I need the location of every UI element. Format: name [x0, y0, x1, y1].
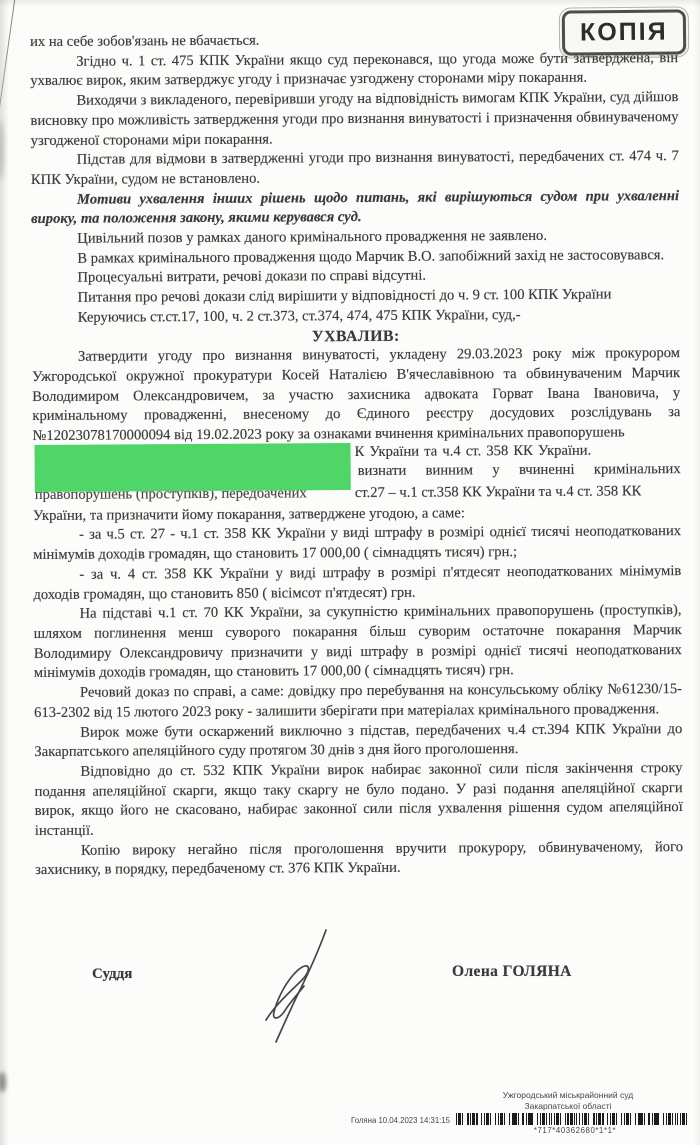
word: кримінальних [594, 460, 681, 480]
paragraph-final-punishment: На підставі ч.1 ст. 70 КК України, за су… [33, 601, 681, 684]
word: у [492, 461, 499, 481]
paragraph-legal-force: Відповідно до ст. 532 КПК України вирок … [34, 759, 682, 842]
word: винним [426, 462, 473, 482]
barcode-number: *717*40362680*1*1* [495, 1126, 655, 1135]
paragraph-material-evidence: Речовий доказ по справі, а саме: довідку… [34, 680, 682, 723]
paragraph-appeal: Вирок може бути оскаржений виключно з пі… [34, 720, 682, 763]
word: вчиненні [519, 461, 575, 481]
paragraph-art475: Згідно ч. 1 ст. 475 КПК України якщо суд… [30, 49, 678, 92]
paragraph-approve-agreement: Затвердити угоду про визнання винуватост… [32, 344, 681, 446]
scan-fold-line [0, 0, 16, 131]
word: визнати [358, 462, 407, 482]
judge-signature [252, 928, 352, 1046]
scanned-court-verdict-page: КОПІЯ их на себе зобов'язань не вбачаєть… [0, 0, 700, 1145]
footer-court-region: Закарпатської області [458, 1101, 678, 1111]
redaction-box [35, 443, 351, 492]
paragraph-copy-delivery: Копію вироку негайно після проголошення … [35, 838, 683, 881]
paragraph-evidence-question: Питання про речові докази слід вирішити … [32, 285, 680, 309]
paragraph-no-grounds: Підстав для відмови в затвердженні угоди… [31, 147, 679, 190]
redacted-line-offenses-right: ст.27 – ч.1 ст.358 КК України та ч.4 ст.… [355, 482, 681, 504]
paragraph-fine-1: - за ч.5 ст. 27 - ч.1 ст. 358 КК України… [33, 523, 681, 566]
paragraph-fine-2: - за ч. 4 ст. 358 КК України у виді штра… [33, 562, 681, 605]
redacted-section: К України та ч.4 ст. 358 КК України. виз… [33, 443, 681, 507]
redacted-line-guilty: визнати винним у вчиненні кримінальних [358, 460, 681, 482]
paragraph-conclusion: Виходячи з викладеного, перевіривши угод… [30, 88, 678, 151]
footer-court-name: Ужгородський міськрайонний суд [458, 1090, 678, 1100]
footer-stamp-line: Голяна 10.04.2023 14:31:15 [330, 1116, 450, 1125]
judge-label: Суддя [92, 966, 132, 983]
scan-smudge [0, 120, 3, 180]
paragraph-motives-heading: Мотиви ухвалення інших рішень щодо питан… [31, 187, 679, 230]
barcode [456, 1113, 689, 1125]
scan-smudge [0, 1072, 6, 1092]
redacted-line-fragment: К України та ч.4 ст. 358 КК України. [355, 441, 592, 462]
judge-name: Олена ГОЛЯНА [452, 963, 572, 981]
document-body: их на себе зобов'язань не вбачається. Зг… [30, 29, 683, 881]
